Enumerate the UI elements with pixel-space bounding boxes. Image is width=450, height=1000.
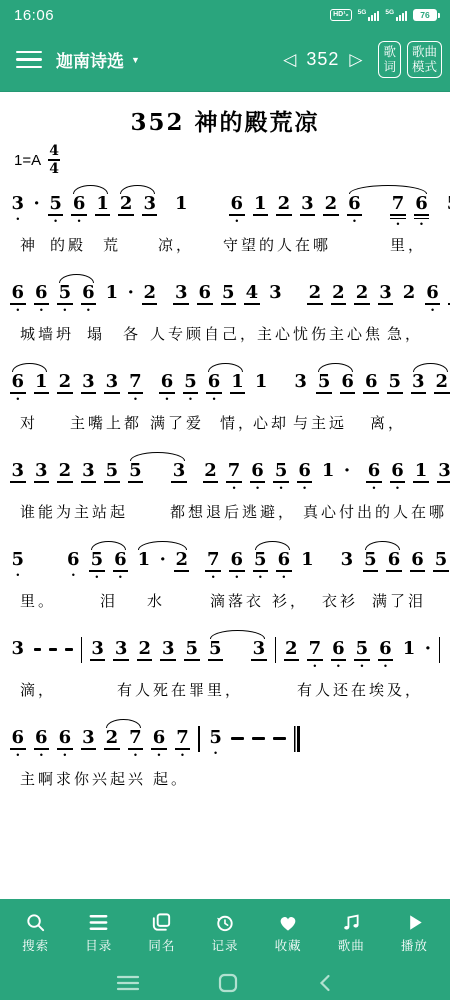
low-octave-dot: • <box>337 664 340 669</box>
low-octave-dot: • <box>396 486 399 491</box>
low-octave-dot: • <box>134 397 137 402</box>
note-number: 6 <box>10 729 26 750</box>
note-token: 6• <box>206 373 222 402</box>
song-number[interactable]: 352 <box>306 49 339 70</box>
note-number: 6 <box>347 195 363 216</box>
music-line: 332355327•6•5•6•1·6•6•13227•6•谁能为主站起都想退后… <box>10 449 440 525</box>
toolbar-item-播放[interactable]: 播放 <box>401 911 428 954</box>
note-number: 5 <box>104 462 120 483</box>
note-number: 2 <box>57 462 73 483</box>
notes-row: 6•12337•6•5•6•11356653223 <box>10 360 440 406</box>
lyrics-row: 里。泪水滴落衣衫，衣衫满了泪 <box>10 590 440 614</box>
note-number: 5 <box>128 462 144 483</box>
note-token: 7• <box>390 195 406 227</box>
lyrics-row: 谁能为主站起都想退后逃避，真心付出的人在哪 <box>10 501 440 525</box>
note-number: 1 <box>300 551 316 570</box>
prev-song-button[interactable]: ◁ <box>283 51 296 68</box>
note-token: 2 <box>276 195 292 216</box>
note-number: 1 <box>136 551 152 570</box>
low-octave-dot: • <box>16 753 19 758</box>
note-number: 6 <box>10 373 26 394</box>
note-number: 3 <box>378 284 394 305</box>
dropdown-caret-icon: ▼ <box>131 55 140 65</box>
note-number: 6 <box>81 284 97 305</box>
note-token: 5• <box>354 640 370 669</box>
lyrics-button[interactable]: 歌 词 <box>378 41 401 78</box>
toolbar-item-搜索[interactable]: 搜索 <box>22 911 49 954</box>
slur-group: 53 <box>208 640 267 661</box>
note-number: 4 <box>244 284 260 305</box>
note-token: 6 <box>410 551 426 572</box>
note-number: 5 <box>433 551 449 572</box>
lyrics-row: 城墙坍塌各人专顾自己，主心忧伤主心焦急， <box>10 323 440 347</box>
lyric-chunk: 主啊求你兴 <box>20 768 110 789</box>
toolbar-label: 记录 <box>211 936 238 954</box>
note-number: 2 <box>174 551 190 572</box>
note-token: 6• <box>34 729 50 758</box>
low-octave-dot: • <box>313 664 316 669</box>
toolbar-item-目录[interactable]: 目录 <box>85 911 112 954</box>
augmentation-dot: · <box>344 462 350 480</box>
note-number: 5 <box>445 195 450 214</box>
low-octave-dot: • <box>360 664 363 669</box>
note-number: 2 <box>331 284 347 305</box>
note-token: 7• <box>205 551 221 580</box>
lyric-chunk: 塌 <box>87 323 105 344</box>
low-octave-dot: • <box>396 222 399 227</box>
toolbar-item-歌曲[interactable]: 歌曲 <box>338 911 365 954</box>
note-token: 5 <box>184 640 200 661</box>
slur-group: 56 <box>363 551 402 572</box>
note-token: 3 <box>34 462 50 483</box>
note-number: 1 <box>413 462 429 483</box>
recents-menu-icon[interactable] <box>115 973 141 993</box>
lyric-chunk: 衣衫 <box>322 590 358 611</box>
note-number: 6 <box>340 373 356 394</box>
note-token: 1 <box>401 640 417 659</box>
notes-row: 3332355327•6•5•6•1· <box>10 627 440 673</box>
note-token: 3• <box>10 195 26 222</box>
note-number: 7 <box>307 640 323 661</box>
note-token: 2 <box>401 284 417 303</box>
dash-note <box>49 648 57 651</box>
note-token: 6• <box>229 551 245 580</box>
lyric-chunk: 谁能为主站起 <box>20 501 128 522</box>
songbook-selector[interactable]: 迦南诗选 ▼ <box>56 47 140 72</box>
slur-group: 5•6• <box>57 284 96 313</box>
note-number: 5 <box>316 373 332 394</box>
low-octave-dot: • <box>63 308 66 313</box>
back-chevron-icon[interactable] <box>315 972 335 994</box>
dash-note <box>252 737 265 740</box>
note-number: 2 <box>142 284 158 305</box>
note-token: 5• <box>208 729 224 756</box>
note-number: 3 <box>10 640 26 659</box>
note-token: 5• <box>89 551 105 580</box>
song-mode-button[interactable]: 歌曲 模式 <box>407 41 442 78</box>
note-number: 2 <box>57 373 73 394</box>
note-number: 2 <box>284 640 300 661</box>
note-number: 5 <box>221 284 237 305</box>
note-number: 6 <box>363 373 379 394</box>
note-token: 6• <box>159 373 175 402</box>
dash-note <box>231 737 244 740</box>
copies-icon <box>150 911 173 934</box>
lyric-chunk: 里， <box>390 234 426 255</box>
note-token: 3 <box>90 640 106 661</box>
note-token: 3 <box>268 284 284 303</box>
note-number: 6 <box>71 195 87 216</box>
note-token: 1 <box>320 462 336 481</box>
slur-group: 32 <box>411 373 450 394</box>
note-token: 6• <box>250 462 266 491</box>
music-line: 6•6•5•6•1·236543222326•15•城墙坍塌各人专顾自己，主心忧… <box>10 271 440 347</box>
note-token: 7• <box>128 373 144 402</box>
music-line: 6•6•6•327•6•7•5•主啊求你兴起兴起。 <box>10 716 440 792</box>
toolbar-label: 同名 <box>148 936 175 954</box>
note-token: 6 <box>340 373 356 394</box>
note-token: 1 <box>413 462 429 483</box>
note-token: 7• <box>128 729 144 758</box>
note-token: 2 <box>307 284 323 305</box>
low-octave-dot: • <box>72 573 75 578</box>
slur-group: 5•6• <box>89 551 128 580</box>
note-token: 6• <box>229 195 245 224</box>
note-token: 3 <box>300 195 316 216</box>
note-number: 5 <box>208 640 224 661</box>
note-token: 1 <box>136 551 152 570</box>
note-number: 5 <box>184 640 200 661</box>
note-number: 3 <box>81 373 97 394</box>
note-number: 6 <box>425 284 441 305</box>
note-token: 2 <box>57 462 73 483</box>
note-number: 5 <box>10 551 26 570</box>
note-number: 3 <box>142 195 158 216</box>
note-token: 6• <box>366 462 382 491</box>
note-number: 6 <box>386 551 402 572</box>
note-token: 6• <box>347 195 363 224</box>
slur-group: 6•1 <box>10 373 49 402</box>
low-octave-dot: • <box>40 308 43 313</box>
list-icon <box>87 911 110 934</box>
note-number: 6 <box>378 640 394 661</box>
heart-icon <box>276 911 300 934</box>
lyric-chunk: 起。 <box>153 768 189 789</box>
lyric-chunk: 与主远 <box>293 412 347 433</box>
note-token: 4 <box>244 284 260 305</box>
note-token: 5 <box>128 462 144 483</box>
home-square-icon[interactable] <box>217 972 239 994</box>
low-octave-dot: • <box>280 486 283 491</box>
low-octave-dot: • <box>54 219 57 224</box>
search-icon <box>24 911 47 934</box>
status-icons: HD¹₂ 5G 5G 76 <box>330 9 440 21</box>
signal-icon-sim1: 5G <box>358 9 380 21</box>
note-token: 3 <box>10 640 26 659</box>
note-token: 6 <box>363 373 379 394</box>
low-octave-dot: • <box>165 397 168 402</box>
history-icon <box>213 911 236 934</box>
note-number: 6 <box>276 551 292 572</box>
score-page: 352 神的殿荒凉 1=A 4 4 3•·5•6•12316•12326•7•6… <box>0 92 450 899</box>
note-token: 6 <box>386 551 402 572</box>
note-number: 3 <box>171 462 187 483</box>
low-octave-dot: • <box>87 308 90 313</box>
note-number: 1 <box>401 640 417 659</box>
low-octave-dot: • <box>40 753 43 758</box>
note-token: 6• <box>425 284 441 313</box>
lyrics-row: 主啊求你兴起兴起。 <box>10 768 440 792</box>
toolbar-item-同名[interactable]: 同名 <box>148 911 175 954</box>
time-signature: 4 4 <box>48 144 60 176</box>
note-token: 5 <box>387 373 403 394</box>
augmentation-dot: · <box>128 284 134 302</box>
note-token: 6• <box>151 729 167 758</box>
bottom-toolbar: 搜索目录同名记录收藏歌曲播放 <box>0 899 450 966</box>
lyric-chunk: 有人死在罪里， <box>117 679 243 700</box>
lyric-chunk: 心却 <box>253 412 289 433</box>
note-token: 3 <box>378 284 394 305</box>
note-token: 5 <box>221 284 237 305</box>
augmentation-dot: · <box>160 551 166 569</box>
notes-row: 332355327•6•5•6•1·6•6•13227•6• <box>10 449 440 495</box>
note-token: 3 <box>104 373 120 394</box>
note-number: 3 <box>104 373 120 394</box>
note-number: 6 <box>297 462 313 483</box>
low-octave-dot: • <box>372 486 375 491</box>
note-token: 5 <box>104 462 120 483</box>
note-token: 5 <box>316 373 332 394</box>
note-token: 2 <box>284 640 300 661</box>
note-token: 6• <box>81 284 97 313</box>
clock: 16:06 <box>14 7 54 24</box>
lyric-chunk: 的殿 <box>50 234 86 255</box>
note-token: 5• <box>253 551 269 580</box>
note-number: 2 <box>118 195 134 216</box>
lyric-chunk: 对 <box>20 412 38 433</box>
note-number: 7 <box>205 551 221 572</box>
note-token: 2 <box>142 284 158 305</box>
note-token: 5 <box>433 551 449 572</box>
note-number: 1 <box>253 195 269 216</box>
low-octave-dot: • <box>181 753 184 758</box>
note-number: 6 <box>66 551 82 570</box>
status-bar: 16:06 HD¹₂ 5G 5G 76 <box>0 0 450 28</box>
note-token: 3 <box>81 462 97 483</box>
note-token: 6• <box>34 284 50 313</box>
note-token: 6• <box>10 373 26 402</box>
note-number: 3 <box>113 640 129 661</box>
note-number: 5 <box>208 729 224 748</box>
lyric-chunk: 守望的人在哪 <box>223 234 331 255</box>
note-token: 6• <box>414 195 430 227</box>
note-token: 5• <box>48 195 64 224</box>
note-token: 3 <box>81 729 97 750</box>
slur-group: 6•7•6• <box>347 195 430 227</box>
note-number: 3 <box>339 551 355 570</box>
note-token: 2 <box>57 373 73 394</box>
note-number: 6 <box>250 462 266 483</box>
android-nav-bar <box>0 966 450 1000</box>
next-song-button[interactable]: ▷ <box>349 51 362 68</box>
low-octave-dot: • <box>431 308 434 313</box>
note-token: 1 <box>253 373 269 392</box>
low-octave-dot: • <box>212 575 215 580</box>
note-number: 6 <box>57 729 73 750</box>
note-token: 7• <box>226 462 242 491</box>
note-number: 3 <box>10 195 26 214</box>
low-octave-dot: • <box>16 308 19 313</box>
note-number: 6 <box>10 284 26 305</box>
note-token: 5• <box>57 284 73 313</box>
lyric-chunk: 人专顾自己， <box>150 323 258 344</box>
slur-group: 53 <box>128 462 187 483</box>
note-token: 2 <box>137 640 153 661</box>
slur-group: 6•1 <box>206 373 245 402</box>
note-number: 2 <box>276 195 292 216</box>
note-number: 3 <box>81 462 97 483</box>
music-line: 5•6•5•6•1·27•6•5•6•13566532里。泪水滴落衣衫，衣衫满了… <box>10 538 440 614</box>
note-number: 7 <box>128 729 144 750</box>
note-token: 6• <box>71 195 87 224</box>
note-token: 3 <box>437 462 450 483</box>
toolbar-label: 目录 <box>85 936 112 954</box>
toolbar-item-收藏[interactable]: 收藏 <box>275 911 302 954</box>
lyric-chunk: 滴， <box>20 679 56 700</box>
note-number: 6 <box>366 462 382 483</box>
note-number: 6 <box>229 195 245 216</box>
low-octave-dot: • <box>212 397 215 402</box>
low-octave-dot: • <box>16 573 19 578</box>
note-number: 2 <box>203 462 219 483</box>
lyric-chunk: 荒 <box>103 234 121 255</box>
note-number: 7 <box>390 195 406 216</box>
note-token: 3 <box>251 640 267 661</box>
note-number: 2 <box>401 284 417 303</box>
lyrics-row: 对主嘴上都满了爱情，心却与主远离， <box>10 412 440 436</box>
note-token: 6• <box>378 640 394 669</box>
note-number: 6 <box>151 729 167 750</box>
lyric-chunk: 起兴 <box>110 768 146 789</box>
note-token: 6• <box>10 729 26 758</box>
note-token: 7• <box>175 729 191 758</box>
notes-row: 6•6•5•6•1·236543222326•15• <box>10 271 440 317</box>
note-token: 5• <box>273 462 289 491</box>
note-number: 2 <box>137 640 153 661</box>
low-octave-dot: • <box>256 486 259 491</box>
note-number: 5 <box>253 551 269 572</box>
lyric-chunk: 满了泪 <box>372 590 426 611</box>
note-token: 1 <box>230 373 246 394</box>
note-token: 6• <box>297 462 313 491</box>
lyric-chunk: 滴落衣 <box>210 590 264 611</box>
notes-row: 6•6•6•327•6•7•5• <box>10 716 440 762</box>
note-number: 5 <box>273 462 289 483</box>
note-number: 6 <box>229 551 245 572</box>
note-token: 6• <box>10 284 26 313</box>
note-number: 3 <box>300 195 316 216</box>
toolbar-item-记录[interactable]: 记录 <box>211 911 238 954</box>
low-octave-dot: • <box>235 219 238 224</box>
slur-group: 1·2 <box>136 551 189 572</box>
note-token: 7• <box>307 640 323 669</box>
note-number: 3 <box>160 640 176 661</box>
note-token: 5 <box>363 551 379 572</box>
augmentation-dot: · <box>34 195 40 213</box>
note-token: 1 <box>34 373 50 394</box>
lyric-chunk: 泪 <box>100 590 118 611</box>
lyric-chunk: 真心付出的人在哪 <box>303 501 447 522</box>
note-token: 3 <box>411 373 427 394</box>
note-token: 3 <box>142 195 158 216</box>
note-number: 1 <box>173 195 189 214</box>
note-number: 6 <box>113 551 129 572</box>
note-number: 6 <box>331 640 347 661</box>
note-number: 5 <box>183 373 199 394</box>
note-token: 3 <box>81 373 97 394</box>
dash-note <box>273 737 286 740</box>
note-token: 2 <box>203 462 219 483</box>
lyric-chunk: 有人还在埃及， <box>297 679 423 700</box>
note-token: 5• <box>183 373 199 402</box>
play-icon <box>403 911 426 934</box>
low-octave-dot: • <box>16 217 19 222</box>
note-token: 2 <box>104 729 120 750</box>
barline <box>439 637 440 663</box>
song-pager: ◁ 352 ▷ <box>283 49 362 70</box>
note-number: 7 <box>128 373 144 394</box>
note-number: 1 <box>320 462 336 481</box>
note-token: 2 <box>174 551 190 572</box>
note-token: 1 <box>95 195 111 216</box>
note-number: 3 <box>411 373 427 394</box>
note-token: 5• <box>10 551 26 578</box>
note-number: 3 <box>437 462 450 483</box>
toolbar-label: 搜索 <box>22 936 49 954</box>
notes-row: 3•·5•6•12316•12326•7•6•5• <box>10 182 440 228</box>
note-token: 6• <box>113 551 129 580</box>
note-token: 3 <box>171 462 187 483</box>
key-signature: 1=A 4 4 <box>14 140 450 180</box>
song-title: 352 神的殿荒凉 <box>0 104 450 136</box>
toolbar-label: 歌曲 <box>338 936 365 954</box>
note-token: 2 <box>434 373 450 394</box>
note-number: 5 <box>48 195 64 216</box>
music-note-icon <box>340 911 363 934</box>
note-number: 2 <box>307 284 323 305</box>
note-token: 3 <box>293 373 309 392</box>
note-token: 6• <box>57 729 73 758</box>
lyrics-row: 神的殿荒凉，守望的人在哪里， <box>10 234 440 258</box>
note-number: 6 <box>206 373 222 394</box>
low-octave-dot: • <box>353 219 356 224</box>
lyric-chunk: 满了爱 <box>150 412 204 433</box>
lyric-chunk: 主心忧伤主心焦 <box>257 323 383 344</box>
menu-icon[interactable] <box>16 51 42 69</box>
lyric-chunk: 水 <box>147 590 165 611</box>
note-token: 2 <box>118 195 134 216</box>
lyric-chunk: 急， <box>387 323 423 344</box>
note-token: 2 <box>331 284 347 305</box>
note-number: 7 <box>226 462 242 483</box>
note-number: 3 <box>173 284 189 305</box>
note-token: 3 <box>160 640 176 661</box>
music-area: 3•·5•6•12316•12326•7•6•5•神的殿荒凉，守望的人在哪里，6… <box>10 182 440 792</box>
note-token: 6• <box>390 462 406 491</box>
lyric-chunk: 各 <box>123 323 141 344</box>
hd-volte-icon: HD¹₂ <box>330 9 352 21</box>
music-line: 6•12337•6•5•6•11356653223对主嘴上都满了爱情，心却与主远… <box>10 360 440 436</box>
